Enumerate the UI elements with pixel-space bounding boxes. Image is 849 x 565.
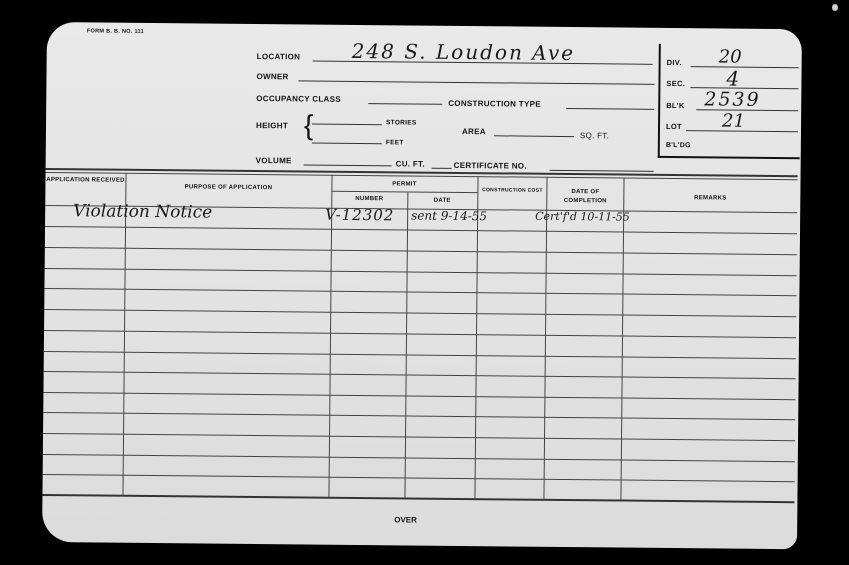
row-line [43,433,795,441]
row-line [44,309,796,317]
row-line [44,330,796,338]
form-number: FORM B. B. NO. 111 [87,28,144,35]
header-permit: PERMIT [331,180,477,190]
table-row[interactable]: Violation Notice V-12302 sent 9-14-55 Ce… [45,205,797,233]
volume-line[interactable] [304,164,392,166]
feet-label: FEET [386,139,404,146]
location-label: LOCATION [257,52,301,61]
location-value[interactable]: 248 S. Loudon Ave [352,39,576,65]
header-application-received: APPLICATION RECEIVED [45,176,125,186]
row-line [44,371,796,379]
header-construction-cost: CONSTRUCTION COST [481,186,543,196]
blk-label: BL'K [666,101,684,110]
certificate-no-line[interactable] [550,170,654,172]
table-bottom-border [42,494,794,503]
construction-type-label: CONSTRUCTION TYPE [448,99,541,109]
row-line [43,474,795,482]
permit-subheader-line [331,191,477,193]
building-permit-card: FORM B. B. NO. 111 LOCATION 248 S. Loudo… [42,22,802,549]
header-date-of-completion: DATE OF COMPLETION [550,188,620,207]
bldg-label: B'L'DG [666,142,691,149]
row-line [43,392,795,400]
sec-label: SEC. [666,79,685,88]
row-line [44,351,796,359]
row-line [45,268,797,276]
header-purpose: PURPOSE OF APPLICATION [125,183,331,194]
permit-table: APPLICATION RECEIVED PURPOSE OF APPLICAT… [42,168,797,499]
row-line [45,247,797,255]
occupancy-class-label: OCCUPANCY CLASS [256,94,341,104]
area-label: AREA [462,127,486,136]
owner-line[interactable] [298,80,654,84]
height-brace: { [304,111,314,139]
owner-label: OWNER [256,72,288,81]
construction-type-line[interactable] [566,108,654,110]
cert-lead-line [432,168,452,169]
header-permit-number: NUMBER [331,195,407,205]
index-box: DIV. 20 SEC. 4 BL'K 2539 LOT 21 B'L'DG [658,44,801,159]
header-permit-date: DATE [407,196,477,206]
area-line[interactable] [494,135,574,137]
lot-label: LOT [666,122,682,131]
header-remarks: REMARKS [623,194,797,205]
scan-speck [832,4,838,11]
cell-permit-date: sent 9-14-55 [411,209,487,224]
lot-value[interactable]: 21 [722,110,745,131]
row-line [43,454,795,462]
blk-value[interactable]: 2539 [704,88,761,111]
row-line [44,288,796,296]
col-divider [404,191,408,497]
area-unit: SQ. FT. [580,131,609,140]
cell-permit-number: V-12302 [325,206,394,225]
div-line [691,66,799,68]
occupancy-class-line[interactable] [368,103,442,105]
height-label: HEIGHT [256,121,288,130]
cell-date-of-completion: Cert'f'd 10-11-55 [535,210,630,224]
volume-label: VOLUME [256,156,292,165]
row-line [43,412,795,420]
certificate-no-label: CERTIFICATE NO. [454,161,527,171]
sec-value[interactable]: 4 [726,67,739,91]
div-label: DIV. [667,58,682,67]
stories-label: STORIES [386,119,417,126]
volume-unit: CU. FT. [396,159,425,168]
stories-line[interactable] [312,124,382,126]
div-value[interactable]: 20 [719,46,742,67]
cell-purpose: Violation Notice [73,201,212,222]
feet-line[interactable] [312,143,382,145]
over-label: OVER [394,515,417,524]
